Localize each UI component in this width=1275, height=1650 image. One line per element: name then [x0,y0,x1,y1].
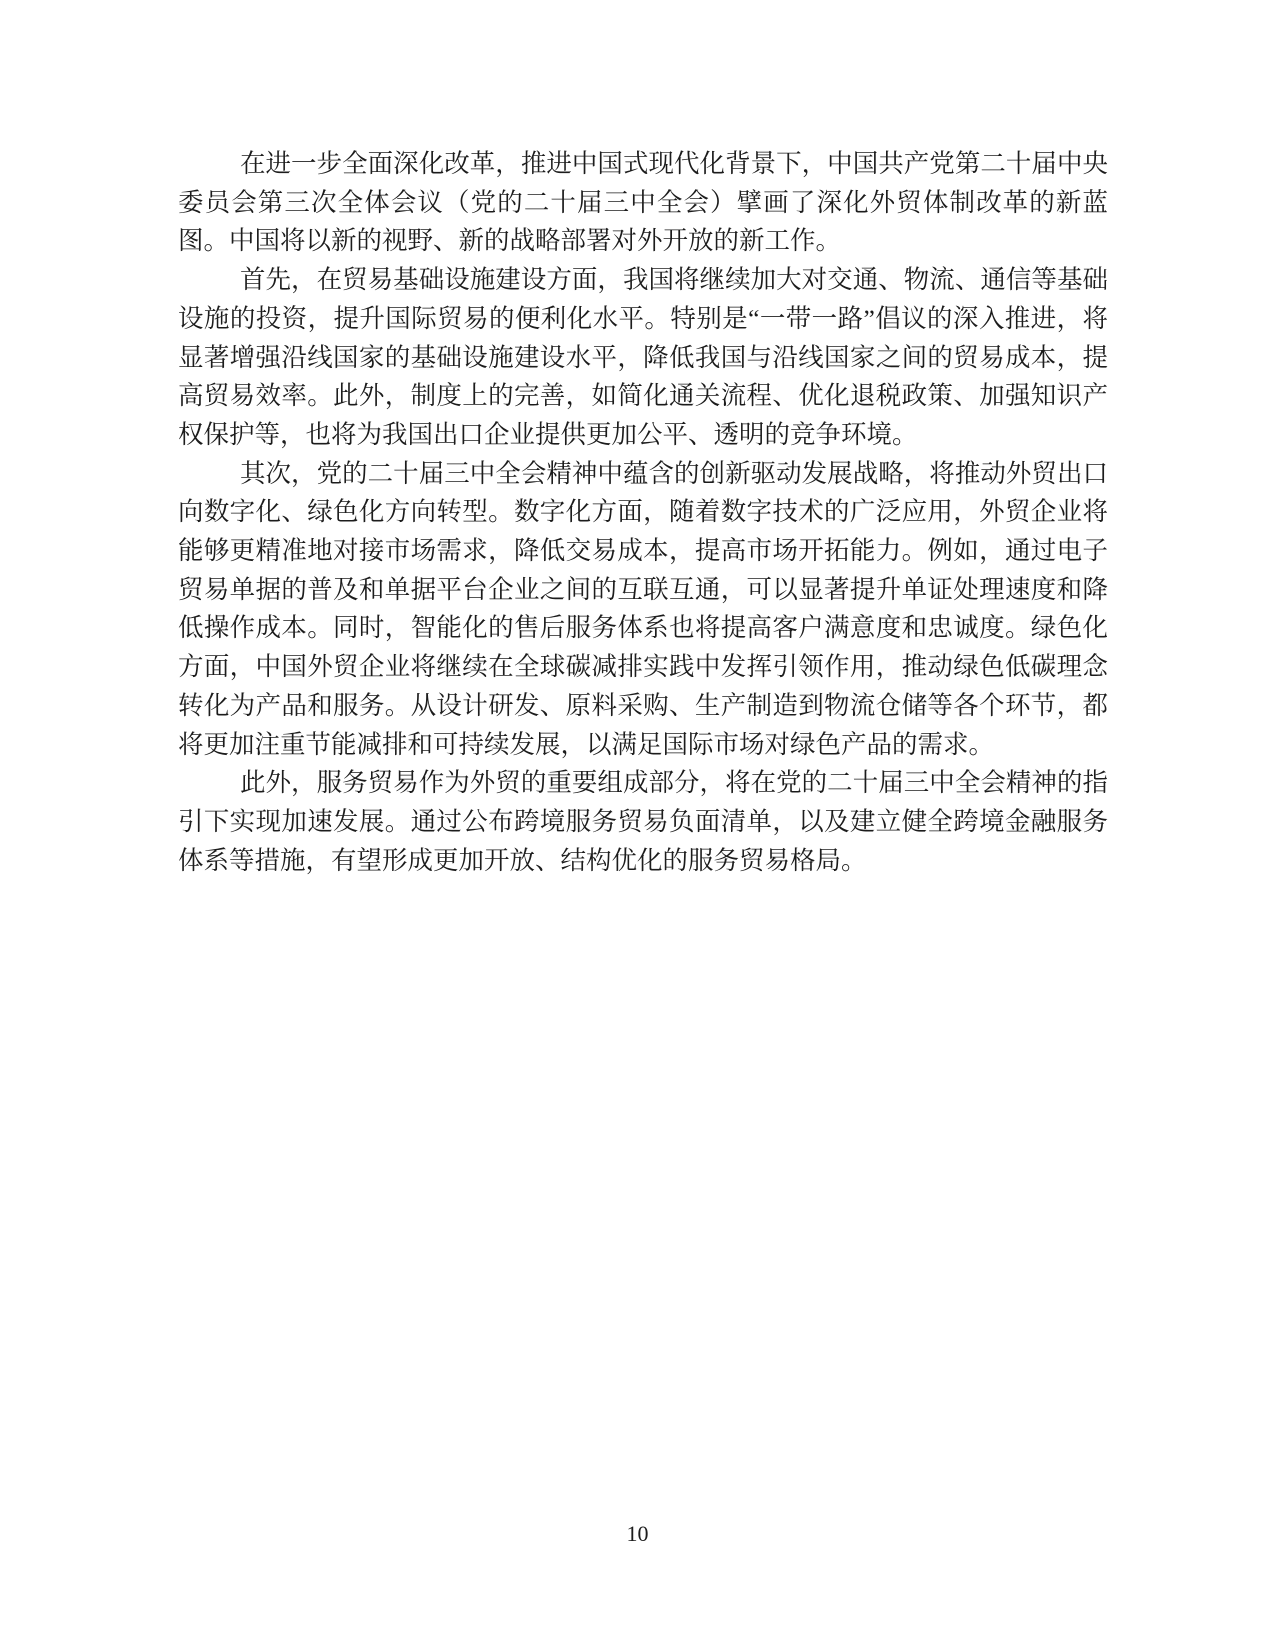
body-paragraph: 首先，在贸易基础设施建设方面，我国将继续加大对交通、物流、通信等基础设施的投资，… [178,261,1108,455]
body-paragraph: 其次，党的二十届三中全会精神中蕴含的创新驱动发展战略，将推动外贸出口向数字化、绿… [178,455,1108,765]
document-page: 在进一步全面深化改革，推进中国式现代化背景下，中国共产党第二十届中央委员会第三次… [0,0,1275,1650]
text-block: 在进一步全面深化改革，推进中国式现代化背景下，中国共产党第二十届中央委员会第三次… [178,145,1108,880]
page-footer: 10 [0,1520,1275,1548]
body-paragraph: 此外，服务贸易作为外贸的重要组成部分，将在党的二十届三中全会精神的指引下实现加速… [178,764,1108,880]
body-paragraph: 在进一步全面深化改革，推进中国式现代化背景下，中国共产党第二十届中央委员会第三次… [178,145,1108,261]
page-number: 10 [627,1520,649,1548]
